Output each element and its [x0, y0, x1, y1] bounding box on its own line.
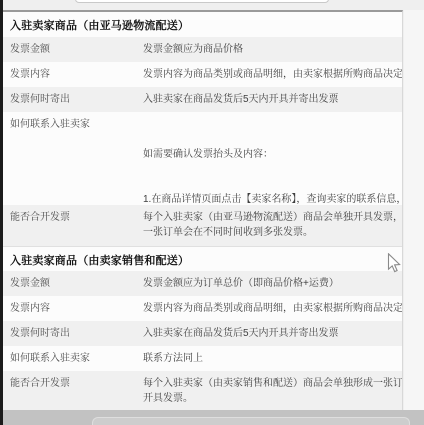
- row-label: 发票金额: [3, 37, 143, 62]
- table-row: 能否合开发票 每个入驻卖家（由亚马逊物流配送）商品会单独开具发票，可能 一张订单…: [3, 205, 402, 246]
- table-row: 发票何时寄出 入驻卖家在商品发货后5天内开具并寄出发票: [3, 321, 402, 346]
- table-row: 如何联系入驻卖家 联系方法同上: [3, 346, 402, 371]
- row-label: 发票金额: [3, 271, 143, 296]
- page-right-margin: [404, 10, 424, 410]
- row-value: 发票内容为商品类别或商品明细，由卖家根据所购商品决定: [143, 62, 402, 87]
- contact-intro: 如需要确认发票抬头及内容：: [143, 147, 402, 162]
- row-label: 发票内容: [3, 296, 143, 321]
- table-row: 发票金额 发票金额应为订单总价（即商品价格+运费）: [3, 271, 402, 296]
- invoice-help-table: 入驻卖家商品（由亚马逊物流配送） 发票金额 发票金额应为商品价格 发票内容 发票…: [3, 10, 403, 410]
- row-value: 入驻卖家在商品发货后5天内开具并寄出发票: [143, 87, 402, 112]
- section-header-fba: 入驻卖家商品（由亚马逊物流配送）: [3, 12, 402, 37]
- row-label: 能否合开发票: [3, 371, 143, 410]
- row-label: 发票何时寄出: [3, 321, 143, 346]
- row-value: 发票金额应为订单总价（即商品价格+运费）: [143, 271, 402, 296]
- row-value: 每个入驻卖家（由亚马逊物流配送）商品会单独开具发票，可能 一张订单会在不同时间收…: [143, 205, 402, 246]
- table-row: 发票何时寄出 入驻卖家在商品发货后5天内开具并寄出发票: [3, 87, 402, 112]
- row-label: 发票何时寄出: [3, 87, 143, 112]
- row-label: 如何联系入驻卖家: [3, 346, 143, 371]
- table-row: 如何联系入驻卖家 如需要确认发票抬头及内容： 1.在商品详情页面点击【卖家名称】…: [3, 112, 402, 205]
- row-value: 发票金额应为商品价格: [143, 37, 402, 62]
- table-row: 能否合开发票 每个入驻卖家（由卖家销售和配送）商品会单独形成一张订单并 开具发票…: [3, 371, 402, 410]
- footer-box-top-edge: [92, 417, 410, 425]
- row-value: 如需要确认发票抬头及内容： 1.在商品详情页面点击【卖家名称】，查询卖家的联系信…: [143, 112, 402, 205]
- row-value: 每个入驻卖家（由卖家销售和配送）商品会单独形成一张订单并 开具发票。: [143, 371, 402, 410]
- row-label: 如何联系入驻卖家: [3, 112, 143, 205]
- table-row: 发票内容 发票内容为商品类别或商品明细，由卖家根据所购商品决定: [3, 62, 402, 87]
- contact-step1: 1.在商品详情页面点击【卖家名称】，查询卖家的联系信息，直 接联系入驻卖家。（见…: [143, 192, 402, 205]
- table-row: 发票金额 发票金额应为商品价格: [3, 37, 402, 62]
- row-value: 入驻卖家在商品发货后5天内开具并寄出发票: [143, 321, 402, 346]
- table-row: 发票内容 发票内容为商品类别或商品明细，由卖家根据所购商品决定: [3, 296, 402, 321]
- row-value: 联系方法同上: [143, 346, 402, 371]
- section-header-mfn: 入驻卖家商品（由卖家销售和配送）: [3, 246, 402, 271]
- search-box-bottom-edge: [75, 0, 329, 3]
- row-value: 发票内容为商品类别或商品明细，由卖家根据所购商品决定: [143, 296, 402, 321]
- row-label: 发票内容: [3, 62, 143, 87]
- row-label: 能否合开发票: [3, 205, 143, 246]
- mouse-cursor: [387, 253, 402, 274]
